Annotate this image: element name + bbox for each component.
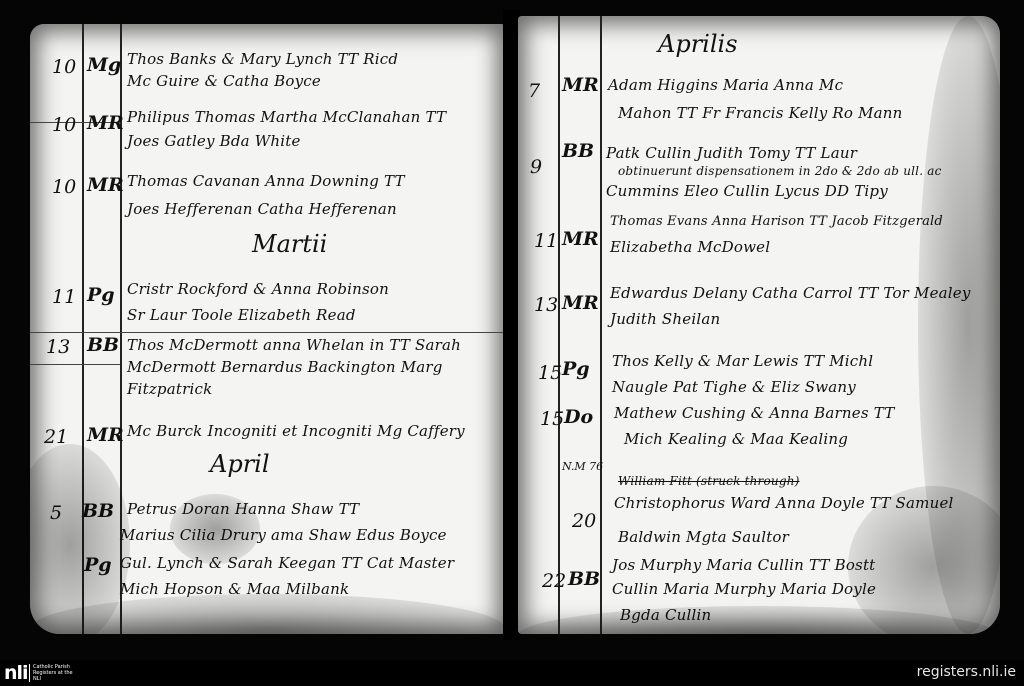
entry-line: Fitzpatrick: [127, 380, 212, 398]
entry-line: Thomas Cavanan Anna Downing TT: [127, 172, 405, 190]
entry-code: N.M 76: [562, 460, 603, 473]
entry-line: Cullin Maria Murphy Maria Doyle: [612, 580, 876, 598]
entry-line: Sr Laur Toole Elizabeth Read: [127, 306, 356, 324]
column-rule: [558, 16, 560, 634]
entry-date: 15: [538, 362, 562, 384]
entry-date: 10: [52, 56, 76, 78]
entry-code: MR: [87, 424, 124, 446]
entry-code: Do: [564, 406, 593, 428]
row-rule: [30, 364, 120, 365]
site-link[interactable]: registers.nli.ie: [917, 664, 1016, 680]
entry-line: Naugle Pat Tighe & Eliz Swany: [612, 378, 856, 396]
entry-code: MR: [562, 74, 599, 96]
logo-divider: [29, 664, 30, 682]
footer-bar: nli Catholic Parish Registers at the NLI…: [0, 660, 1024, 686]
entry-code: MR: [562, 228, 599, 250]
entry-line: William Fitt (struck through): [618, 474, 800, 488]
entry-line: Mc Guire & Catha Boyce: [127, 72, 321, 90]
entry-line: Cristr Rockford & Anna Robinson: [127, 280, 389, 298]
entry-line: Philipus Thomas Martha McClanahan TT: [127, 108, 446, 126]
logo-caption: Catholic Parish Registers at the NLI: [33, 664, 73, 682]
entry-date: 10: [52, 114, 76, 136]
page-stain: [170, 494, 260, 564]
entry-line: McDermott Bernardus Backington Marg: [127, 358, 443, 376]
entry-date: 13: [534, 294, 558, 316]
entry-line: Mahon TT Fr Francis Kelly Ro Mann: [618, 104, 903, 122]
entry-line: Mc Burck Incogniti et Incogniti Mg Caffe…: [127, 422, 465, 440]
entry-date: 13: [46, 336, 70, 358]
month-heading: April: [210, 450, 270, 478]
entry-line: Mich Kealing & Maa Kealing: [624, 430, 848, 448]
entry-line: Judith Sheilan: [610, 310, 720, 328]
entry-line: obtinuerunt dispensationem in 2do & 2do …: [618, 164, 942, 178]
entry-code: BB: [568, 568, 600, 590]
entry-code: MR: [87, 174, 124, 196]
entry-line: Edwardus Delany Catha Carrol TT Tor Meal…: [610, 284, 971, 302]
entry-line: Baldwin Mgta Saultor: [618, 528, 789, 546]
month-heading: Aprilis: [658, 30, 738, 58]
right-page: Aprilis 7 MR Adam Higgins Maria Anna Mc …: [518, 16, 1000, 634]
month-heading: Martii: [252, 230, 327, 258]
entry-date: 22: [542, 570, 566, 592]
column-rule: [600, 16, 602, 634]
entry-line: Jos Murphy Maria Cullin TT Bostt: [612, 556, 875, 574]
entry-code: Pg: [562, 358, 590, 380]
entry-line: Mathew Cushing & Anna Barnes TT: [614, 404, 894, 422]
entry-line: Elizabetha McDowel: [610, 238, 770, 256]
entry-line: Joes Gatley Bda White: [127, 132, 301, 150]
row-rule: [30, 332, 505, 333]
entry-code: Mg: [87, 54, 121, 76]
entry-date: 15: [540, 408, 564, 430]
entry-code: BB: [562, 140, 594, 162]
entry-date: 9: [530, 156, 542, 178]
entry-code: MR: [87, 112, 124, 134]
left-page: 10 Mg Thos Banks & Mary Lynch TT Ricd Mc…: [30, 24, 505, 634]
entry-date: 11: [534, 230, 558, 252]
entry-line: Joes Hefferenan Catha Hefferenan: [127, 200, 397, 218]
entry-line: Thos Kelly & Mar Lewis TT Michl: [612, 352, 873, 370]
entry-date: 10: [52, 176, 76, 198]
entry-code: BB: [87, 334, 119, 356]
entry-date: 11: [52, 286, 76, 308]
entry-date: 20: [572, 510, 596, 532]
entry-line: Thos Banks & Mary Lynch TT Ricd: [127, 50, 398, 68]
entry-code: MR: [562, 292, 599, 314]
entry-code: Pg: [87, 284, 115, 306]
entry-line: Marius Cilia Drury ama Shaw Edus Boyce: [120, 526, 447, 544]
entry-line: Thos McDermott anna Whelan in TT Sarah: [127, 336, 461, 354]
entry-line: Cummins Eleo Cullin Lycus DD Tipy: [606, 182, 888, 200]
entry-line: Patk Cullin Judith Tomy TT Laur: [606, 144, 857, 162]
entry-date: 7: [528, 80, 540, 102]
entry-line: Thomas Evans Anna Harison TT Jacob Fitzg…: [610, 214, 943, 229]
entry-line: Adam Higgins Maria Anna Mc: [608, 76, 843, 94]
entry-line: Gul. Lynch & Sarah Keegan TT Cat Master: [120, 554, 454, 572]
image-viewer[interactable]: 10 Mg Thos Banks & Mary Lynch TT Ricd Mc…: [0, 0, 1024, 660]
nli-logo[interactable]: nli: [4, 663, 28, 683]
